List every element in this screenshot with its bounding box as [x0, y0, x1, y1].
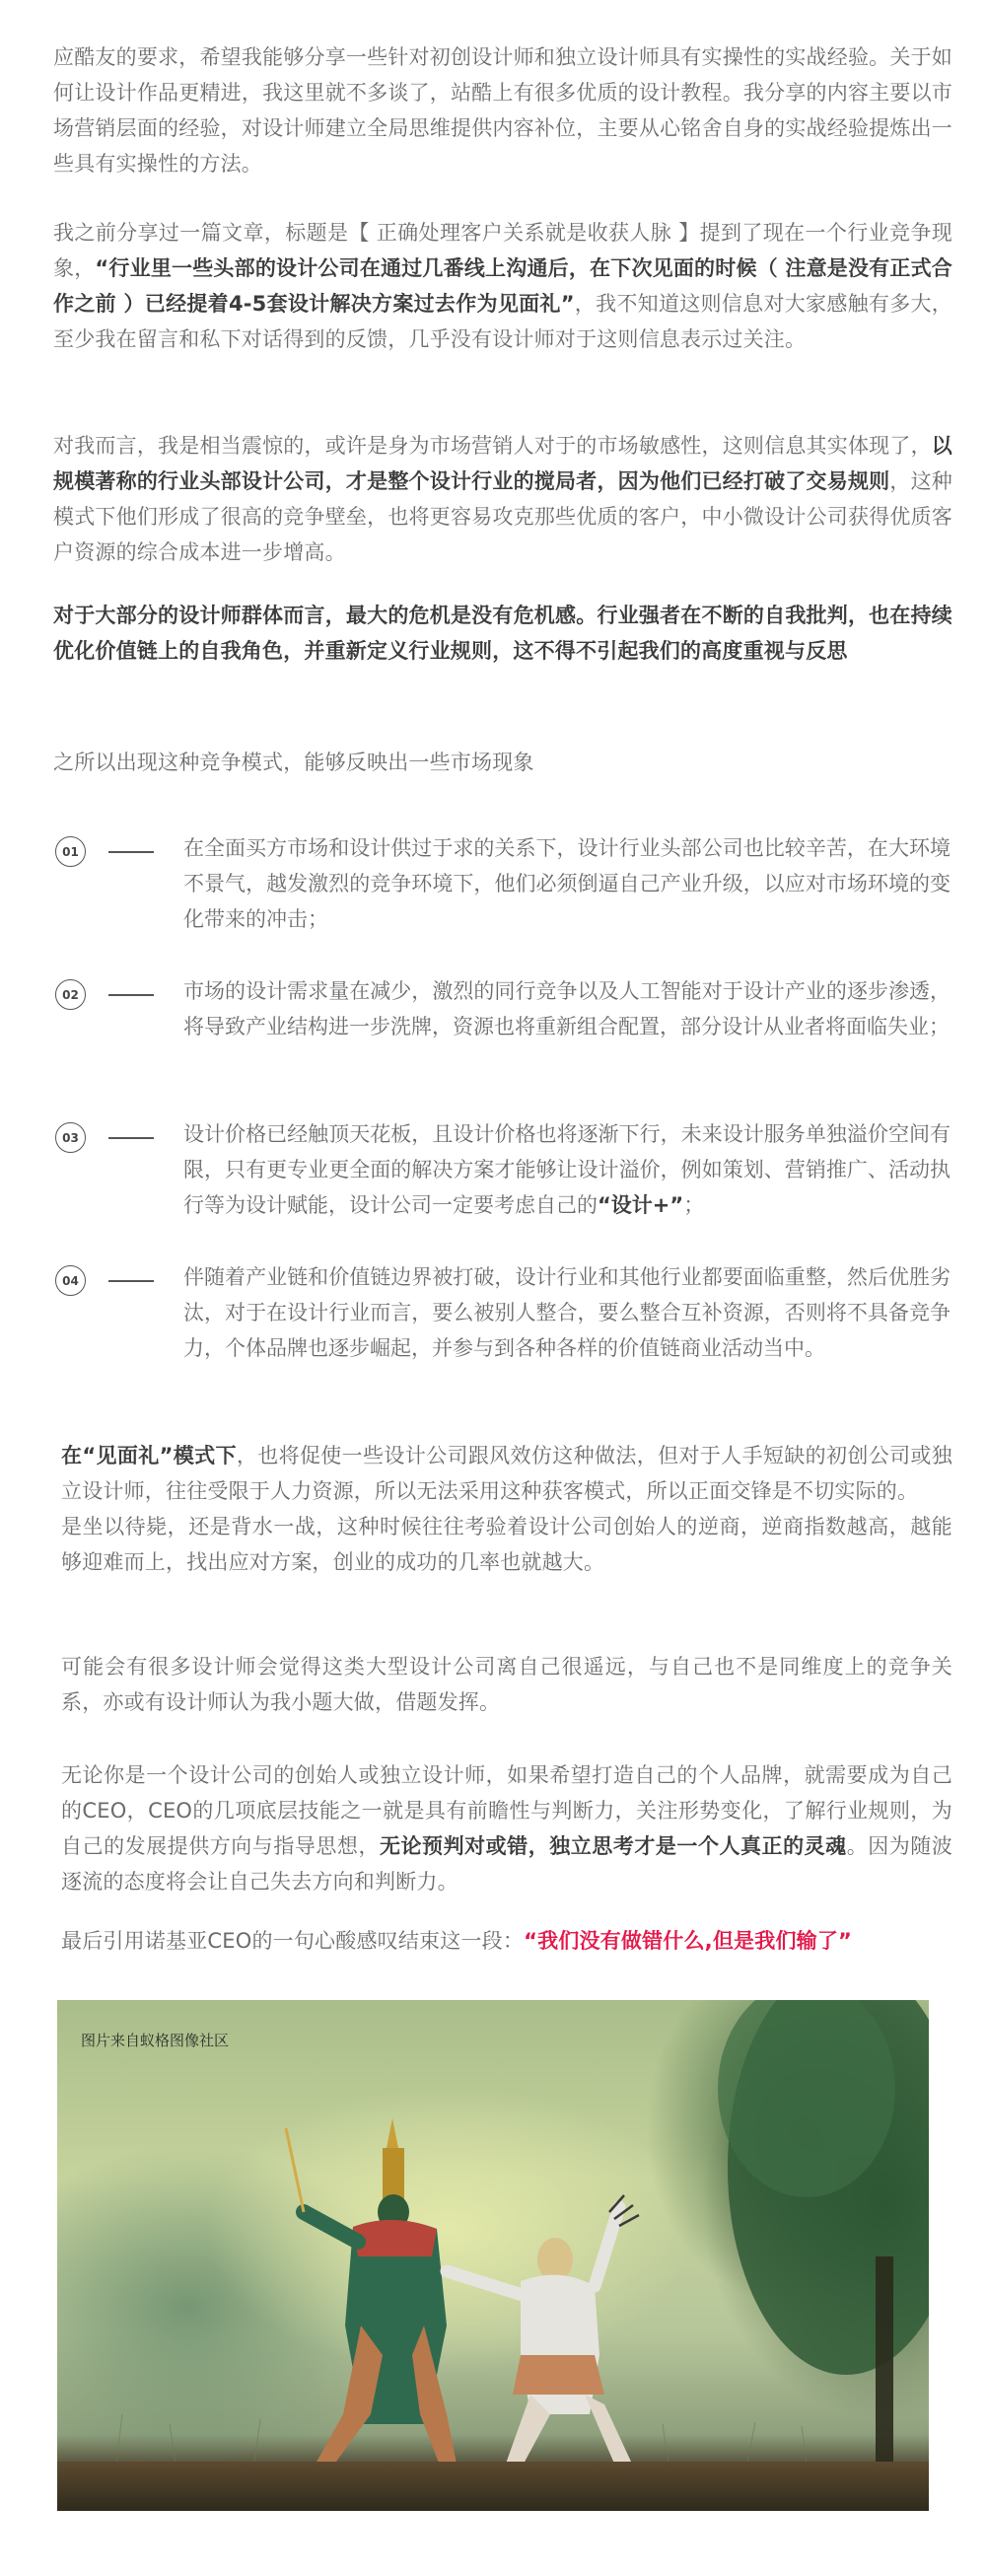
emphasis-text: 对于大部分的设计师群体而言，最大的危机是没有危机感。行业强者在不断的自我批判，也… — [53, 604, 952, 663]
number-badge-icon: 03 — [55, 1122, 86, 1153]
number-badge-icon: 04 — [55, 1265, 86, 1296]
paragraph-text: 之所以出现这种竞争模式，能够反映出一些市场现象 — [53, 751, 534, 774]
ground-ledge — [57, 2462, 929, 2511]
list-item-text: 市场的设计需求量在减少，激烈的同行竞争以及人工智能对于设计产业的逐步渗透，将导致… — [183, 973, 951, 1044]
paragraph-intro: 应酷友的要求，希望我能够分享一些针对初创设计师和独立设计师具有实操性的实战经验。… — [53, 39, 952, 181]
list-item-text: 设计价格已经触顶天花板，且设计价格也将逐渐下行，未来设计服务单独溢价空间有限，只… — [183, 1116, 951, 1223]
list-item-03: 03 设计价格已经触顶天花板，且设计价格也将逐渐下行，未来设计服务单独溢价空间有… — [55, 1116, 952, 1264]
list-item-text: 在全面买方市场和设计供过于求的关系下，设计行业头部公司也比较辛苦，在大环境不景气… — [183, 830, 951, 937]
paragraph-objection: 可能会有很多设计师会觉得这类大型设计公司离自己很遥远，与自己也不是同维度上的竞争… — [61, 1649, 952, 1720]
paragraph-reaction: 对我而言，我是相当震惊的，或许是身为市场营销人对于的市场敏感性，这则信息其实体现… — [53, 428, 952, 570]
list-item-04: 04 伴随着产业链和价值链边界被打破，设计行业和其他行业都要面临重整，然后优胜劣… — [55, 1259, 952, 1407]
paragraph-competition-phenomenon: 我之前分享过一篇文章，标题是【 正确处理客户关系就是收获人脉 】提到了现在一个行… — [53, 215, 952, 357]
paragraph-text: 最后引用诺基亚CEO的一句心酸感叹结束这一段： — [61, 1929, 524, 1953]
highlight-quote: “我们没有做错什么,但是我们输了” — [524, 1929, 852, 1953]
list-item-02: 02 市场的设计需求量在减少，激烈的同行竞争以及人工智能对于设计产业的逐步渗透，… — [55, 973, 952, 1121]
number-badge-icon: 02 — [55, 979, 86, 1010]
article-photo: 图片来自蚁格图像社区 — [57, 2000, 929, 2511]
number-badge-icon: 01 — [55, 836, 86, 867]
dash-divider — [108, 1137, 154, 1139]
paragraph-text: 可能会有很多设计师会觉得这类大型设计公司离自己很遥远，与自己也不是同维度上的竞争… — [61, 1655, 952, 1714]
paragraph-text: 对我而言，我是相当震惊的，或许是身为市场营销人对于的市场敏感性，这则信息其实体现… — [53, 434, 932, 458]
paragraph-list-intro: 之所以出现这种竞争模式，能够反映出一些市场现象 — [53, 745, 952, 780]
paragraph-gift-mode: 在“见面礼”模式下，也将促使一些设计公司跟风效仿这种做法，但对于人手短缺的初创公… — [61, 1438, 952, 1580]
emphasis-text: 在“见面礼”模式下 — [61, 1444, 237, 1467]
paragraph-crisis-warning: 对于大部分的设计师群体而言，最大的危机是没有危机感。行业强者在不断的自我批判，也… — [53, 598, 952, 669]
list-item-text-tail: ； — [683, 1193, 704, 1217]
list-item-text: 伴随着产业链和价值链边界被打破，设计行业和其他行业都要面临重整，然后优胜劣汰，对… — [183, 1259, 951, 1366]
list-item-01: 01 在全面买方市场和设计供过于求的关系下，设计行业头部公司也比较辛苦，在大环境… — [55, 830, 952, 978]
dash-divider — [108, 1280, 154, 1282]
emphasis-text: “设计+” — [598, 1193, 683, 1217]
list-item-text-main: 设计价格已经触顶天花板，且设计价格也将逐渐下行，未来设计服务单独溢价空间有限，只… — [183, 1122, 951, 1217]
paragraph-be-your-own-ceo: 无论你是一个设计公司的创始人或独立设计师，如果希望打造自己的个人品牌，就需要成为… — [61, 1757, 952, 1899]
paragraph-nokia-quote: 最后引用诺基亚CEO的一句心酸感叹结束这一段：“我们没有做错什么,但是我们输了” — [61, 1923, 952, 1959]
dash-divider — [108, 851, 154, 853]
dancers-illustration — [57, 2000, 929, 2511]
dash-divider — [108, 994, 154, 996]
photo-caption: 图片来自蚁格图像社区 — [81, 2030, 229, 2050]
paragraph-text: 是坐以待毙，还是背水一战，这种时候往往考验着设计公司创始人的逆商，逆商指数越高，… — [61, 1515, 952, 1574]
emphasis-text: 无论预判对或错，独立思考才是一个人真正的灵魂 — [380, 1834, 847, 1858]
paragraph-text: 应酷友的要求，希望我能够分享一些针对初创设计师和独立设计师具有实操性的实战经验。… — [53, 45, 952, 176]
